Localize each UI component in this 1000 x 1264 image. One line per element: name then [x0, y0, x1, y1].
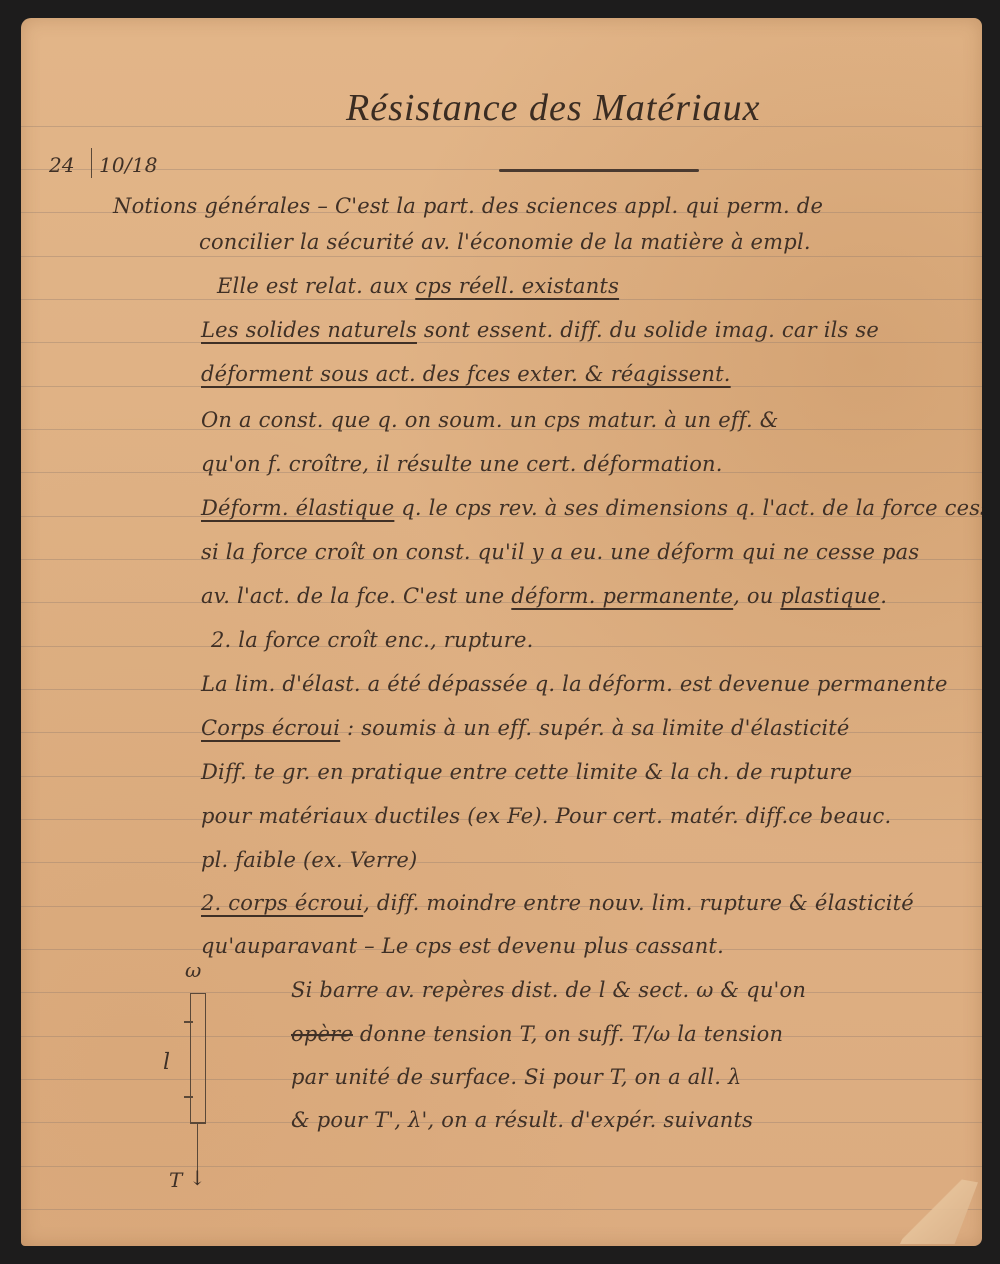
notebook-page: Résistance des Matériaux 24 10/18 Notion… [21, 18, 982, 1246]
text-line: On a const. que q. on soum. un cps matur… [201, 408, 779, 432]
text-line: concilier la sécurité av. l'économie de … [199, 230, 811, 254]
ruled-line [21, 386, 982, 387]
text-line: av. l'act. de la fce. C'est une déform. … [201, 584, 887, 608]
text-line: Si barre av. repères dist. de l & sect. … [291, 978, 806, 1002]
ruled-line [21, 862, 982, 863]
underlined-term: 2. corps écroui [201, 891, 363, 915]
text-line: par unité de surface. Si pour T, on a al… [291, 1065, 742, 1089]
ruled-line [21, 299, 982, 300]
text-line: Diff. te gr. en pratique entre cette lim… [201, 760, 852, 784]
section-heading: Notions générales [113, 194, 311, 218]
section-label-omega: ω [185, 958, 202, 982]
underlined-term: Corps écroui [201, 716, 340, 740]
text-line: si la force croît on const. qu'il y a eu… [201, 540, 919, 564]
title-underline [499, 169, 699, 172]
text-line: qu'on f. croître, il résulte une cert. d… [201, 452, 723, 476]
length-label: l [163, 1050, 170, 1075]
force-label: T [169, 1168, 183, 1192]
date-month-year: 10/18 [99, 153, 158, 177]
text-line: déforment sous act. des fces exter. & ré… [201, 362, 731, 386]
ruled-line [21, 342, 982, 343]
marker-tick [184, 1021, 193, 1023]
text-line: 2. la force croît enc., rupture. [211, 628, 533, 652]
text-line: opère donne tension T, on suff. T/ω la t… [291, 1022, 783, 1046]
text-line: Déform. élastique q. le cps rev. à ses d… [201, 496, 982, 520]
ruled-line [21, 256, 982, 257]
text-line: pl. faible (ex. Verre) [201, 848, 417, 872]
text-line: Notions générales – C'est la part. des s… [113, 194, 823, 218]
text-line: Les solides naturels sont essent. diff. … [201, 318, 879, 342]
underlined-term: cps réell. existants [415, 274, 619, 298]
underlined-term: Déform. élastique [201, 496, 394, 520]
struck-word: opère [291, 1022, 353, 1046]
text-line: pour matériaux ductiles (ex Fe). Pour ce… [201, 804, 891, 828]
underlined-term: plastique [780, 584, 880, 608]
ruled-line [21, 1166, 982, 1167]
bar-outline [190, 993, 206, 1124]
text-line: 2. corps écroui, diff. moindre entre nou… [201, 891, 914, 915]
ruled-line [21, 1209, 982, 1210]
date-day: 24 [49, 153, 75, 177]
text-line: & pour T', λ', on a résult. d'expér. sui… [291, 1108, 753, 1132]
marker-tick [184, 1096, 193, 1098]
margin-divider [91, 148, 92, 178]
arrow-down-icon: ↓ [189, 1166, 206, 1190]
underlined-term: déform. permanente [511, 584, 733, 608]
text-line: Corps écroui : soumis à un eff. supér. à… [201, 716, 850, 740]
text-line: qu'auparavant – Le cps est devenu plus c… [201, 934, 724, 958]
text-line: Elle est relat. aux cps réell. existants [217, 274, 619, 298]
page-title: Résistance des Matériaux [346, 86, 760, 130]
underlined-term: Les solides naturels [201, 318, 417, 342]
text-line: La lim. d'élast. a été dépassée q. la dé… [201, 672, 948, 696]
